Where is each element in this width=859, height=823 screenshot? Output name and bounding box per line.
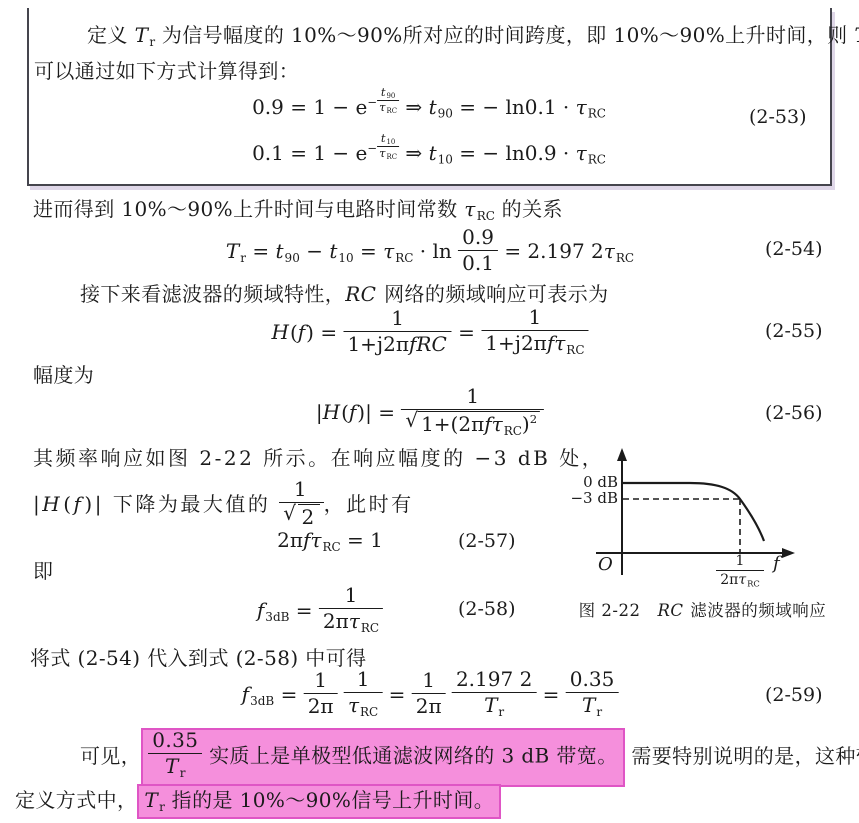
figure-2-22: 0 dB −3 dB O f 12πτRC 图 2-22 RC 滤波器的频域响应 — [560, 445, 845, 635]
para-freq-domain: 接下来看滤波器的频域特性，RC 网络的频域响应可表示为 — [80, 281, 609, 307]
highlight: Tr 指的是 10%～90%信号上升时间。 — [137, 784, 501, 819]
para-conclusion-line1: 可见，0.35Tr 实质上是单极型低通滤波网络的 3 dB 带宽。 需要特别说明… — [80, 728, 859, 787]
label-origin: O — [598, 556, 613, 574]
para-conclusion-line2: 定义方式中，Tr 指的是 10%～90%信号上升时间。 — [15, 784, 501, 819]
label-minus3db: −3 dB — [566, 491, 618, 506]
equation-2-57: 2πfτRC = 1 — [277, 530, 383, 553]
para-freq-response-line2: |H(f)| 下降为最大值的 1√2，此时有 — [33, 480, 414, 531]
para-ji: 即 — [33, 558, 53, 584]
label-0db: 0 dB — [574, 475, 618, 490]
cutoff-frequency-fraction: 12πτRC — [710, 555, 770, 591]
equation-2-58: f3dB = 12πτRC — [257, 586, 383, 638]
eq-label-2-58: (2-58) — [458, 598, 516, 620]
para-substitution: 将式 (2-54) 代入到式 (2-58) 中可得 — [30, 645, 367, 671]
para-freq-response-line1: 其频率响应如图 2-22 所示。在响应幅度的 −3 dB 处， — [33, 445, 604, 471]
intro-box: 定义 Tr 为信号幅度的 10%～90%所对应的时间跨度，即 10%～90%上升… — [27, 8, 832, 186]
response-curve — [622, 483, 764, 541]
equation-2-59: f3dB = 12π 1τRC = 12π 2.197 2Tr = 0.35Tr — [242, 670, 619, 722]
equation-2-54: Tr = t90 − t10 = τRC · ln 0.90.1 = 2.197… — [226, 228, 634, 277]
label-f-axis: f — [773, 555, 780, 573]
eq-label-2-57: (2-57) — [458, 530, 516, 552]
figure-caption: 图 2-22 RC 滤波器的频域响应 — [560, 597, 845, 621]
equation-2-56: |H(f)| = 1√1+(2πfτRC)2 — [316, 387, 544, 441]
eq-label-2-59: (2-59) — [765, 684, 823, 706]
para-rise-time-relation: 进而得到 10%～90%上升时间与电路时间常数 τRC 的关系 — [33, 196, 563, 224]
eq-label-2-56: (2-56) — [765, 402, 823, 424]
para-amplitude: 幅度为 — [33, 362, 94, 388]
highlight: 0.35Tr 实质上是单极型低通滤波网络的 3 dB 带宽。 — [141, 728, 624, 787]
intro-line2: 可以通过如下方式计算得到： — [34, 58, 299, 84]
intro-line1: 定义 Tr 为信号幅度的 10%～90%所对应的时间跨度，即 10%～90%上升… — [87, 22, 859, 50]
eq-label-2-55: (2-55) — [765, 320, 823, 342]
equation-2-53-row2: 0.1 = 1 − e−t10τRC ⇒ t10 = − ln0.9 · τRC — [252, 134, 606, 166]
eq-label-2-54: (2-54) — [765, 238, 823, 260]
eq-label-2-53: (2-53) — [749, 106, 807, 128]
equation-2-53-row1: 0.9 = 1 − e−t90τRC ⇒ t90 = − ln0.1 · τRC — [252, 88, 606, 120]
equation-2-55: H(f) = 11+j2πfRC = 11+j2πfτRC — [271, 308, 588, 360]
